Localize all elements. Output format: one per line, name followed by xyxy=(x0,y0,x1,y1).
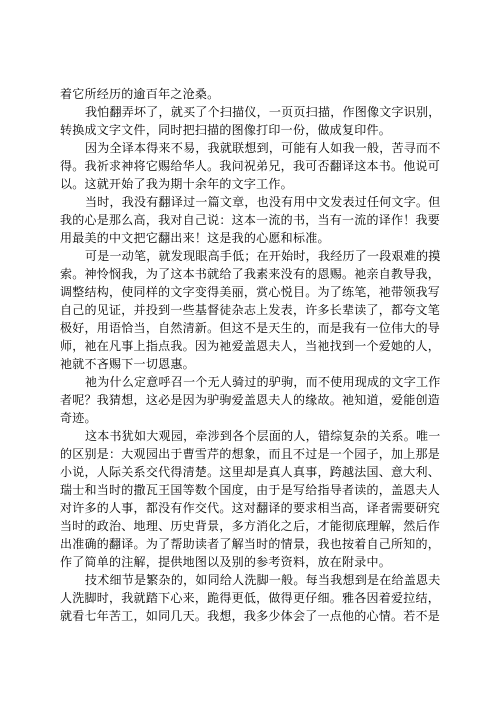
text-line: 者呢？我猜想，这必是因为驴驹爱盖恩夫人的缘故。祂知道，爱能创造 xyxy=(60,391,444,409)
text-line: 师，祂在凡事上指点我。因为祂爱盖恩夫人，当祂找到一个爱她的人， xyxy=(60,337,444,355)
text-line: 小说，人际关系交代得清楚。这里却是真人真事，跨越法国、意大利、 xyxy=(60,463,444,481)
text-line: 出准确的翻译。为了帮助读者了解当时的情景，我也按着自己所知的， xyxy=(60,535,444,553)
text-line: 索。神怜悯我，为了这本书就给了我素来没有的恩赐。祂亲自教导我， xyxy=(60,265,444,283)
text-line: 因为全译本得来不易，我就联想到，可能有人如我一般，苦寻而不 xyxy=(60,139,444,157)
text-line: 技术细节是繁杂的，如同给人洗脚一般。每当我想到是在给盖恩夫 xyxy=(60,571,444,589)
text-line: 就看七年苦工，如同几天。我想，我多少体会了一点他的心情。若不是 xyxy=(60,607,444,625)
text-line: 用最美的中文把它翻出来！这是我的心愿和标准。 xyxy=(60,229,444,247)
text-line: 极好，用语恰当，自然清新。但这不是天生的，而是我有一位伟大的导 xyxy=(60,319,444,337)
text-line: 得。我祈求神将它赐给华人。我问祝弟兄，我可否翻译这本书。他说可 xyxy=(60,157,444,175)
text-line: 调整结构，使同样的文字变得美丽，赏心悦目。为了练笔，祂带领我写 xyxy=(60,283,444,301)
text-line: 我的心是那么高，我对自己说：这本一流的书，当有一流的译作！我要 xyxy=(60,211,444,229)
text-line: 着它所经历的逾百年之沧桑。 xyxy=(60,85,444,103)
text-line: 祂就不吝赐下一切恩惠。 xyxy=(60,355,444,373)
text-line: 当时的政治、地理、历史背景，多方消化之后，才能彻底理解，然后作 xyxy=(60,517,444,535)
text-line: 这本书犹如大观园，牵涉到各个层面的人，错综复杂的关系。唯一 xyxy=(60,427,444,445)
text-line: 自己的见证，并投到一些基督徒杂志上发表，许多长辈读了，都夸文笔 xyxy=(60,301,444,319)
document-page: 着它所经历的逾百年之沧桑。我怕翻弄坏了，就买了个扫描仪，一页页扫描，作图像文字识… xyxy=(0,0,501,711)
text-line: 当时，我没有翻译过一篇文章，也没有用中文发表过任何文字。但 xyxy=(60,193,444,211)
text-line: 瑞士和当时的撒瓦王国等数个国度，由于是写给指导者读的，盖恩夫人 xyxy=(60,481,444,499)
text-line: 人洗脚时，我就踏下心来，跪得更低，做得更仔细。雅各因着爱拉结， xyxy=(60,589,444,607)
text-line: 以。这就开始了我为期十余年的文字工作。 xyxy=(60,175,444,193)
text-line: 奇迹。 xyxy=(60,409,444,427)
body-text-block: 着它所经历的逾百年之沧桑。我怕翻弄坏了，就买了个扫描仪，一页页扫描，作图像文字识… xyxy=(60,85,444,625)
text-line: 的区别是：大观园出于曹雪芹的想象，而且不过是一个园子，加上那是 xyxy=(60,445,444,463)
text-line: 转换成文字文件，同时把扫描的图像打印一份，做成复印件。 xyxy=(60,121,444,139)
text-line: 可是一动笔，就发现眼高手低；在开始时，我经历了一段艰难的摸 xyxy=(60,247,444,265)
text-line: 对许多的人事，都没有作交代。这对翻译的要求相当高，译者需要研究 xyxy=(60,499,444,517)
text-line: 作了简单的注解，提供地图以及别的参考资料，放在附录中。 xyxy=(60,553,444,571)
text-line: 我怕翻弄坏了，就买了个扫描仪，一页页扫描，作图像文字识别， xyxy=(60,103,444,121)
text-line: 祂为什么定意呼召一个无人骑过的驴驹，而不使用现成的文字工作 xyxy=(60,373,444,391)
